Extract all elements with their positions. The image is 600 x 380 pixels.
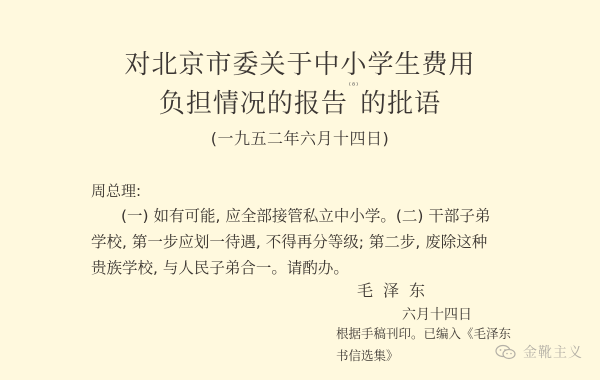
document-title-line-2-part-a: 负担情况的报告 (159, 89, 348, 119)
salutation: 周总理: (91, 180, 141, 201)
signature-date: 六月十四日 (402, 304, 472, 324)
document-page: 对北京市委关于中小学生费用 负担情况的报告⁽⁸⁾的批语 (一九五二年六月十四日)… (0, 0, 600, 380)
wechat-icon (495, 344, 517, 360)
watermark-text: 金靴主义 (523, 342, 583, 362)
body-line: 贵族学校, 与人民子弟合一。请酌办。 (91, 255, 521, 281)
document-title-line-2: 负担情况的报告⁽⁸⁾的批语 (0, 83, 600, 120)
body-text: (一) 如有可能, 应全部接管私立中小学。(二) 干部子弟 学校, 第一步应划一… (91, 203, 521, 281)
watermark: 金靴主义 (495, 342, 583, 362)
document-date: (一九五二年六月十四日) (0, 126, 600, 149)
source-note: 根据手稿刊印。已编入《毛泽东 书信选集》 (336, 323, 511, 367)
source-note-line: 根据手稿刊印。已编入《毛泽东 (336, 323, 511, 345)
body-line: 学校, 第一步应划一待遇, 不得再分等级; 第二步, 废除这种 (91, 229, 521, 255)
document-title-line-2-part-b: 的批语 (360, 89, 441, 119)
document-title-line-1: 对北京市委关于中小学生费用 (0, 44, 600, 81)
body-line: (一) 如有可能, 应全部接管私立中小学。(二) 干部子弟 (91, 203, 521, 229)
signature: 毛泽东 (357, 278, 435, 301)
footnote-marker: ⁽⁸⁾ (349, 81, 359, 90)
source-note-line: 书信选集》 (336, 345, 511, 367)
